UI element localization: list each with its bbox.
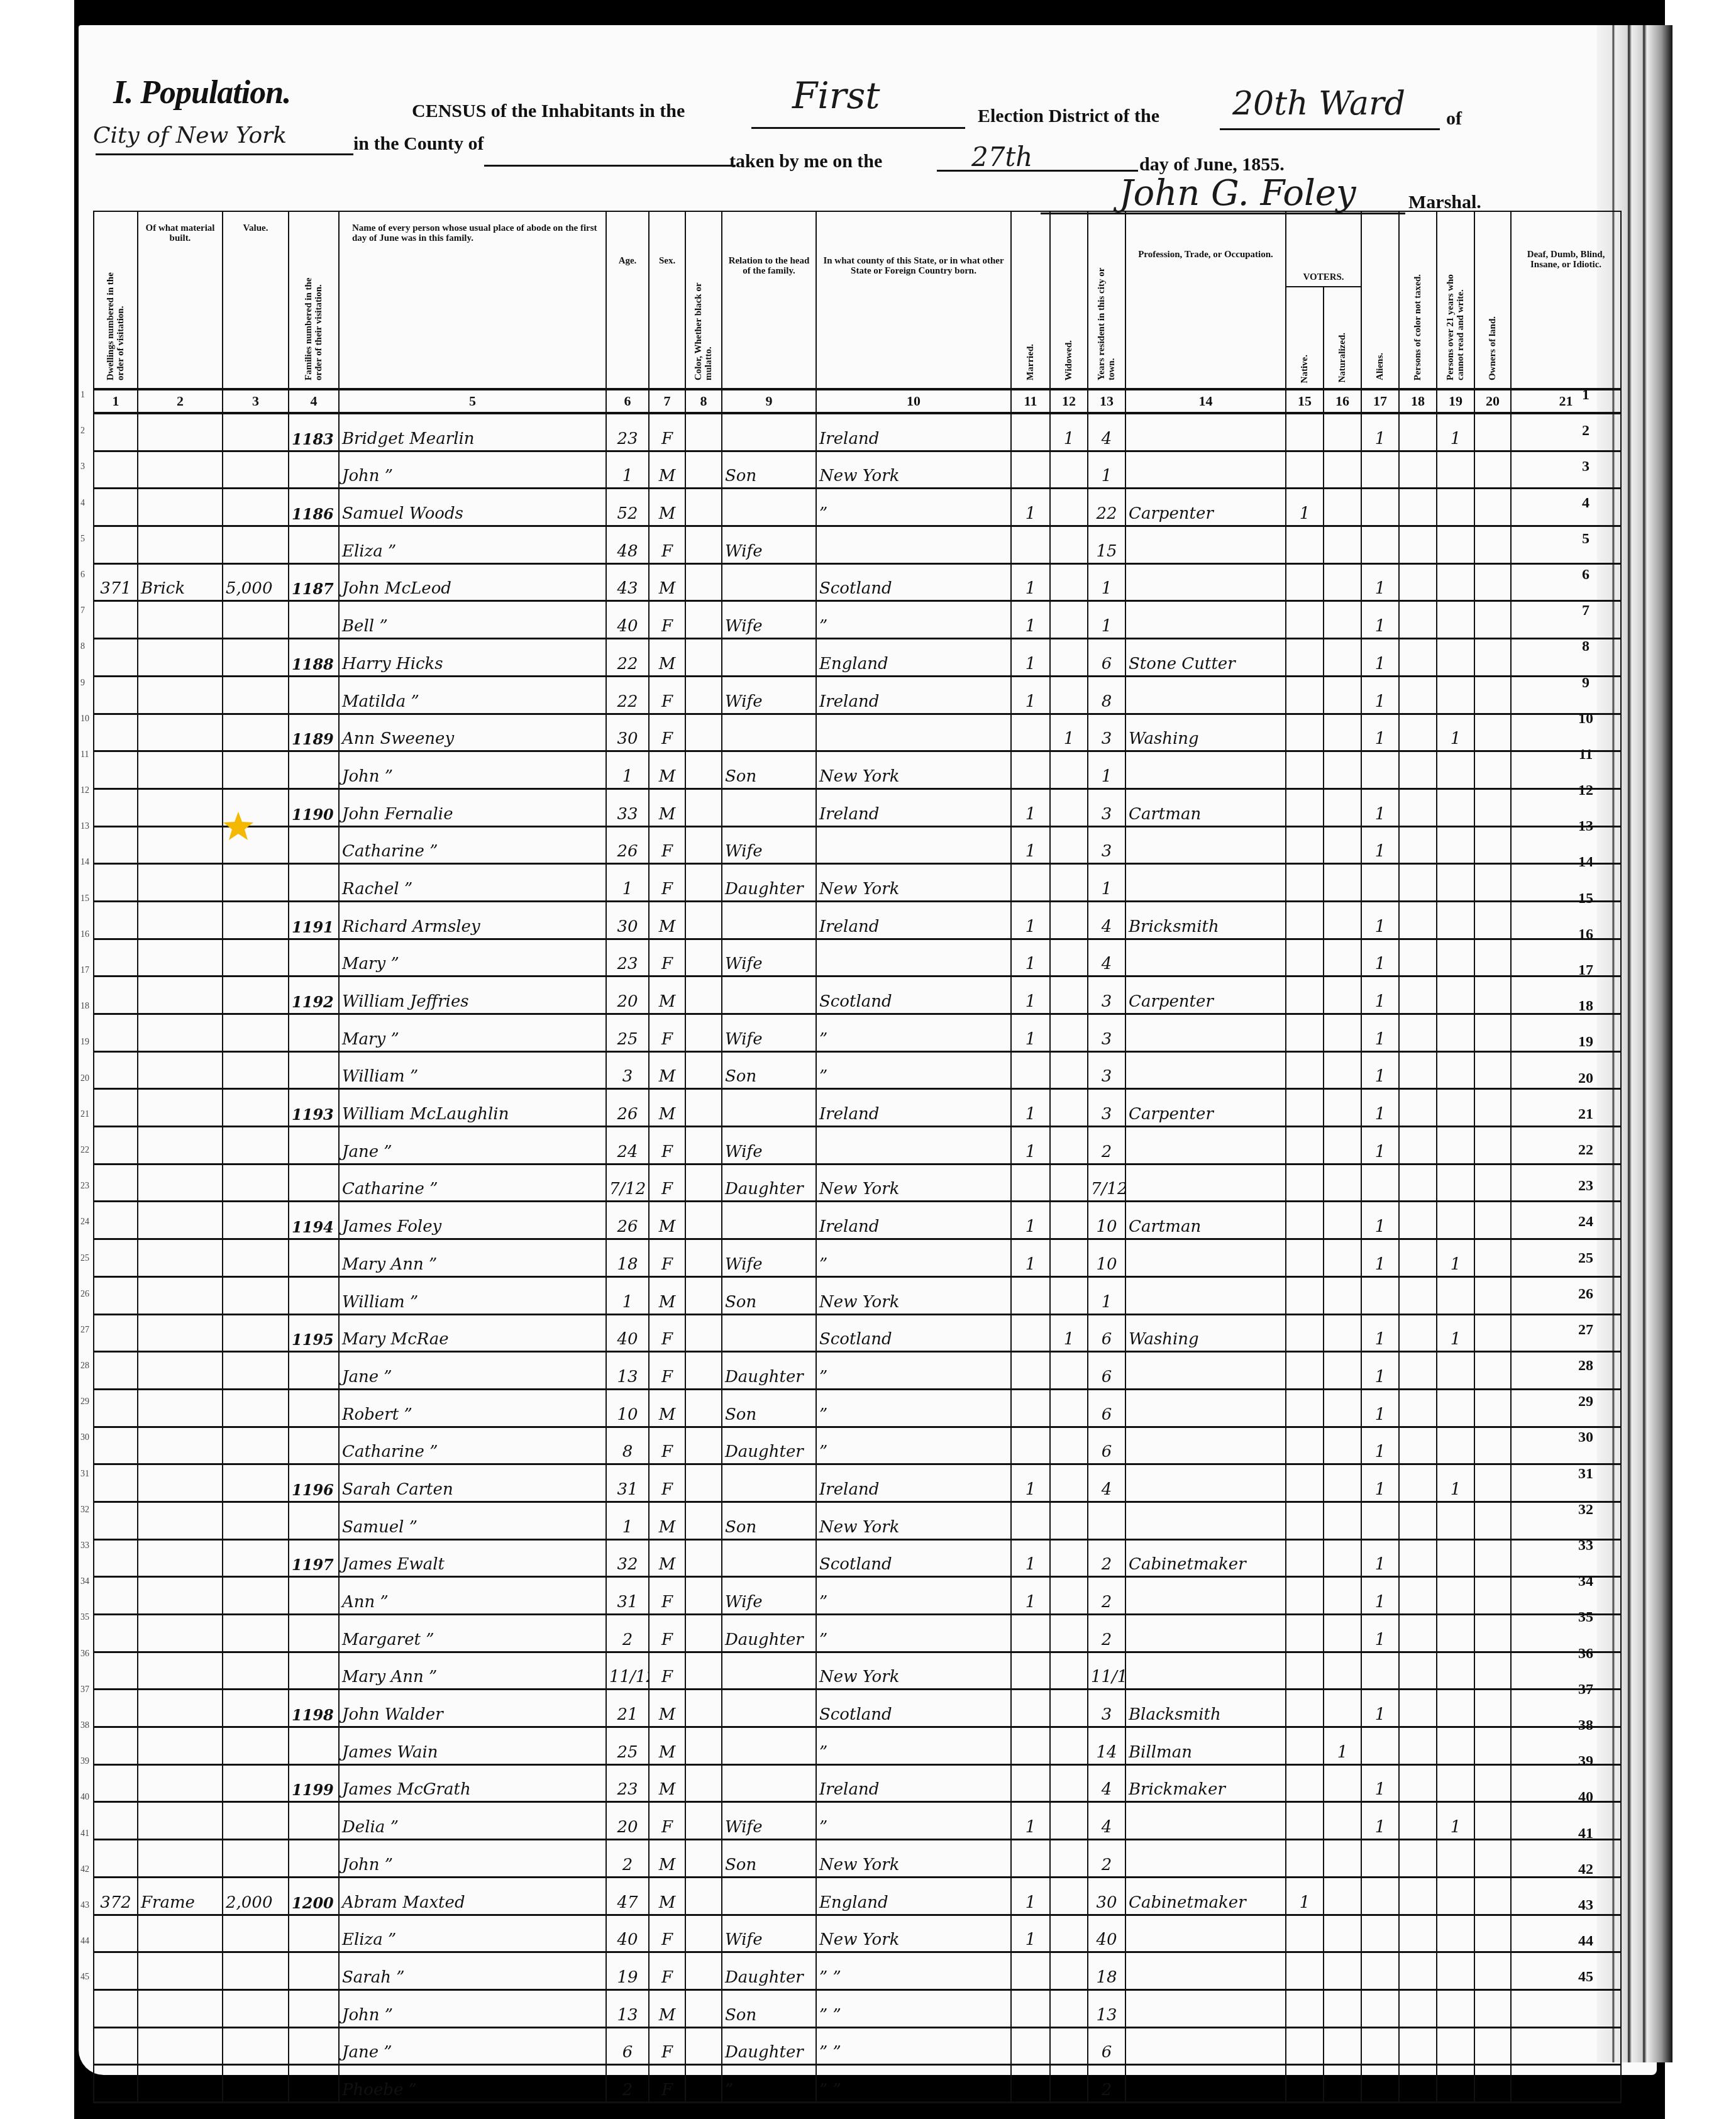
left-line-number: 45 (80, 1959, 93, 1995)
cell-dwelling (94, 1127, 138, 1165)
cell-naturalized (1324, 1202, 1361, 1239)
cell-years-resident: 6 (1088, 2027, 1125, 2065)
cell-native (1286, 751, 1324, 789)
cell-alien: 1 (1361, 601, 1399, 639)
cell-land-owner (1474, 1051, 1511, 1089)
cell-color-not-taxed (1399, 1051, 1437, 1089)
col-header-voters: VOTERS. Native. Naturalized. (1286, 211, 1361, 389)
cell-family-number: 1192 (289, 977, 339, 1014)
cell-widowed (1050, 788, 1088, 826)
col-header-relation: Relation to the head of the family. (722, 211, 816, 389)
line-number: 2 (1567, 413, 1605, 449)
cell-material (138, 526, 223, 564)
line-number: 20 (1567, 1061, 1605, 1097)
cell-value (223, 489, 289, 526)
cell-married: 1 (1011, 1202, 1050, 1239)
marshal-signature: John G. Foley (1119, 173, 1356, 214)
cell-illiterate (1437, 1089, 1474, 1127)
cell-dwelling (94, 601, 138, 639)
cell-land-owner (1474, 451, 1511, 489)
col-number-14: 14 (1125, 389, 1286, 413)
cell-name: John ” (339, 751, 606, 789)
cell-family-number (289, 676, 339, 714)
cell-occupation (1125, 1427, 1286, 1464)
cell-material (138, 1727, 223, 1765)
cell-years-resident: 18 (1088, 1952, 1125, 1990)
table-row: Eliza ”40FWifeNew York140 (94, 1915, 1621, 1952)
cell-naturalized (1324, 639, 1361, 677)
left-line-number: 24 (80, 1204, 93, 1240)
cell-relation (722, 788, 816, 826)
line-number: 45 (1567, 1959, 1605, 1995)
cell-material (138, 2027, 223, 2065)
cell-relation (722, 977, 816, 1014)
cell-occupation (1125, 563, 1286, 601)
cell-family-number (289, 939, 339, 977)
cell-value (223, 1989, 289, 2027)
cell-age: 7/12 (606, 1164, 649, 1202)
line-number: 32 (1567, 1492, 1605, 1528)
table-row: Matilda ”22FWifeIreland181 (94, 676, 1621, 714)
cell-native (1286, 1915, 1324, 1952)
cell-color (685, 1577, 722, 1615)
cell-color-not-taxed (1399, 1314, 1437, 1352)
cell-naturalized (1324, 1989, 1361, 2027)
cell-illiterate (1437, 1764, 1474, 1802)
cell-widowed (1050, 1989, 1088, 2027)
cell-naturalized (1324, 1577, 1361, 1615)
left-line-number: 20 (80, 1061, 93, 1097)
cell-name: Richard Armsley (339, 901, 606, 939)
cell-years-resident: 4 (1088, 1802, 1125, 1840)
cell-years-resident: 7/12 (1088, 1164, 1125, 1202)
cell-age: 40 (606, 1314, 649, 1352)
cell-married (1011, 1389, 1050, 1427)
county-label: in the County of (353, 133, 484, 155)
cell-illiterate (1437, 1690, 1474, 1727)
cell-illiterate (1437, 1840, 1474, 1878)
cell-years-resident: 6 (1088, 639, 1125, 677)
cell-name: John ” (339, 1840, 606, 1878)
col-header-widowed: Widowed. (1050, 211, 1088, 389)
cell-illiterate (1437, 1014, 1474, 1052)
cell-material (138, 1802, 223, 1840)
cell-illiterate (1437, 826, 1474, 864)
cell-age: 26 (606, 1202, 649, 1239)
cell-relation (722, 1652, 816, 1690)
cell-illiterate (1437, 2027, 1474, 2065)
cell-occupation (1125, 1502, 1286, 1539)
table-row: Ann ”31FWife”121 (94, 1577, 1621, 1615)
line-number: 14 (1567, 844, 1605, 880)
cell-color-not-taxed (1399, 526, 1437, 564)
cell-color-not-taxed (1399, 714, 1437, 751)
cell-age: 19 (606, 1952, 649, 1990)
cell-widowed (1050, 901, 1088, 939)
cell-value (223, 1239, 289, 1277)
cell-married: 1 (1011, 563, 1050, 601)
cell-value (223, 1314, 289, 1352)
cell-sex: F (649, 1577, 685, 1615)
cell-color (685, 788, 722, 826)
cell-naturalized (1324, 1840, 1361, 1878)
cell-relation: Daughter (722, 1164, 816, 1202)
cell-alien (1361, 1877, 1399, 1915)
cell-widowed (1050, 1764, 1088, 1802)
cell-native (1286, 1539, 1324, 1577)
cell-sex: F (649, 1915, 685, 1952)
cell-color (685, 714, 722, 751)
left-line-number: 34 (80, 1564, 93, 1600)
cell-alien (1361, 1989, 1399, 2027)
cell-sex: M (649, 977, 685, 1014)
cell-sex: F (649, 1427, 685, 1464)
line-number: 12 (1567, 773, 1605, 809)
cell-widowed (1050, 1690, 1088, 1727)
cell-name: Mary Ann ” (339, 1652, 606, 1690)
cell-married (1011, 1952, 1050, 1990)
cell-sex: F (649, 714, 685, 751)
cell-birthplace: ” (816, 1014, 1011, 1052)
cell-widowed (1050, 1127, 1088, 1165)
cell-family-number (289, 1014, 339, 1052)
cell-years-resident: 13 (1088, 1989, 1125, 2027)
cell-name: Mary McRae (339, 1314, 606, 1352)
cell-widowed (1050, 1502, 1088, 1539)
cell-native (1286, 1577, 1324, 1615)
cell-sex: F (649, 1314, 685, 1352)
cell-illiterate (1437, 451, 1474, 489)
date-suffix: day of June, 1855. (1139, 154, 1285, 175)
cell-birthplace: ” (816, 489, 1011, 526)
left-line-number: 23 (80, 1168, 93, 1204)
cell-land-owner (1474, 601, 1511, 639)
cell-dwelling (94, 1802, 138, 1840)
table-row: Sarah ”19FDaughter” ”18 (94, 1952, 1621, 1990)
cell-relation: Wife (722, 526, 816, 564)
col-number-20: 20 (1474, 389, 1511, 413)
cell-material (138, 413, 223, 451)
cell-sex: M (649, 1276, 685, 1314)
cell-widowed (1050, 1239, 1088, 1277)
table-row: Phoebe ”2F”” ”2 (94, 2065, 1621, 2103)
cell-illiterate: 1 (1437, 1464, 1474, 1502)
cell-value (223, 1802, 289, 1840)
cell-name: Catharine ” (339, 826, 606, 864)
table-row: 1197James Ewalt32MScotland12Cabinetmaker… (94, 1539, 1621, 1577)
left-line-number: 11 (80, 737, 93, 773)
cell-dwelling (94, 676, 138, 714)
taken-by-label: taken by me on the (729, 151, 882, 172)
cell-widowed (1050, 563, 1088, 601)
census-table: Dwellings numbered in the order of visit… (93, 211, 1622, 2103)
cell-illiterate (1437, 1615, 1474, 1652)
left-line-number: 2 (80, 413, 93, 449)
cell-years-resident: 6 (1088, 1389, 1125, 1427)
cell-color (685, 1089, 722, 1127)
line-number: 19 (1567, 1024, 1605, 1060)
cell-occupation: Washing (1125, 1314, 1286, 1352)
col-number-4: 4 (289, 389, 339, 413)
cell-alien (1361, 1502, 1399, 1539)
cell-name: Jane ” (339, 2027, 606, 2065)
cell-color (685, 413, 722, 451)
cell-married: 1 (1011, 901, 1050, 939)
cell-illiterate (1437, 1989, 1474, 2027)
cell-occupation: Stone Cutter (1125, 639, 1286, 677)
cell-age: 22 (606, 639, 649, 677)
cell-married (1011, 864, 1050, 902)
cell-age: 47 (606, 1877, 649, 1915)
cell-married (1011, 2027, 1050, 2065)
cell-color (685, 1464, 722, 1502)
cell-married: 1 (1011, 939, 1050, 977)
cell-value (223, 1014, 289, 1052)
cell-land-owner (1474, 1915, 1511, 1952)
cell-alien: 1 (1361, 1427, 1399, 1464)
col-number-1: 1 (94, 389, 138, 413)
cell-birthplace: ” ” (816, 2027, 1011, 2065)
line-number: 44 (1567, 1923, 1605, 1959)
col-header-years-resident: Years resident in this city or town. (1088, 211, 1125, 389)
cell-family-number: 1197 (289, 1539, 339, 1577)
cell-naturalized (1324, 1877, 1361, 1915)
cell-occupation: Billman (1125, 1727, 1286, 1765)
cell-sex: F (649, 1652, 685, 1690)
cell-alien (1361, 526, 1399, 564)
table-row: Catharine ”8FDaughter”61 (94, 1427, 1621, 1464)
cell-native (1286, 1764, 1324, 1802)
cell-land-owner (1474, 1652, 1511, 1690)
cell-value (223, 1615, 289, 1652)
cell-illiterate (1437, 751, 1474, 789)
cell-dwelling (94, 1690, 138, 1727)
cell-relation: Son (722, 1989, 816, 2027)
cell-value (223, 2065, 289, 2103)
cell-family-number: 1190 (289, 788, 339, 826)
cell-years-resident: 2 (1088, 1127, 1125, 1165)
table-row: Catharine ”26FWife131 (94, 826, 1621, 864)
cell-color-not-taxed (1399, 826, 1437, 864)
cell-illiterate (1437, 601, 1474, 639)
cell-value (223, 1352, 289, 1390)
cell-alien: 1 (1361, 714, 1399, 751)
cell-family-number: 1196 (289, 1464, 339, 1502)
cell-widowed (1050, 1051, 1088, 1089)
cell-alien: 1 (1361, 1464, 1399, 1502)
cell-native (1286, 1352, 1324, 1390)
line-number: 8 (1567, 629, 1605, 665)
cell-dwelling (94, 451, 138, 489)
cell-relation (722, 901, 816, 939)
cell-dwelling (94, 1652, 138, 1690)
left-line-number: 38 (80, 1708, 93, 1744)
day-fill-line (937, 170, 1138, 172)
col-header-land-owners: Owners of land. (1474, 211, 1511, 389)
line-number: 35 (1567, 1600, 1605, 1635)
cell-widowed (1050, 1014, 1088, 1052)
cell-age: 30 (606, 714, 649, 751)
cell-sex: M (649, 1877, 685, 1915)
cell-value (223, 1727, 289, 1765)
cell-alien: 1 (1361, 639, 1399, 677)
cell-occupation (1125, 526, 1286, 564)
cell-material (138, 1652, 223, 1690)
table-row: 371Brick5,0001187John McLeod43MScotland1… (94, 563, 1621, 601)
table-row: 372Frame2,0001200Abram Maxted47MEngland1… (94, 1877, 1621, 1915)
cell-married: 1 (1011, 601, 1050, 639)
cell-value (223, 901, 289, 939)
table-row: 1192William Jeffries20MScotland13Carpent… (94, 977, 1621, 1014)
cell-name: John Fernalie (339, 788, 606, 826)
cell-naturalized (1324, 601, 1361, 639)
cell-sex: M (649, 1502, 685, 1539)
cell-material (138, 639, 223, 677)
cell-alien: 1 (1361, 1202, 1399, 1239)
line-number: 24 (1567, 1204, 1605, 1240)
table-row: John ”1MSonNew York1 (94, 751, 1621, 789)
cell-family-number (289, 1727, 339, 1765)
cell-color (685, 1615, 722, 1652)
cell-family-number (289, 1502, 339, 1539)
cell-name: Sarah Carten (339, 1464, 606, 1502)
cell-name: Mary ” (339, 939, 606, 977)
ward-fill-line (1220, 128, 1440, 130)
cell-color (685, 864, 722, 902)
cell-material (138, 1615, 223, 1652)
col-number-19: 19 (1437, 389, 1474, 413)
cell-color (685, 1652, 722, 1690)
cell-family-number: 1188 (289, 639, 339, 677)
cell-illiterate (1437, 901, 1474, 939)
cell-name: Rachel ” (339, 864, 606, 902)
cell-material (138, 826, 223, 864)
cell-birthplace: ” (816, 1577, 1011, 1615)
cell-naturalized (1324, 751, 1361, 789)
cell-value (223, 1051, 289, 1089)
cell-material (138, 1989, 223, 2027)
column-labels-row: Dwellings numbered in the order of visit… (94, 211, 1621, 389)
cell-occupation (1125, 1276, 1286, 1314)
cell-age: 21 (606, 1690, 649, 1727)
cell-birthplace (816, 714, 1011, 751)
cell-relation (722, 413, 816, 451)
cell-material (138, 714, 223, 751)
cell-years-resident: 1 (1088, 864, 1125, 902)
cell-color-not-taxed (1399, 1652, 1437, 1690)
cell-alien: 1 (1361, 1239, 1399, 1277)
cell-age: 23 (606, 939, 649, 977)
cell-name: Samuel ” (339, 1502, 606, 1539)
cell-material (138, 1764, 223, 1802)
col-header-color: Color, Whether black or mulatto. (685, 211, 722, 389)
line-number: 1 (1567, 377, 1605, 413)
cell-birthplace: Scotland (816, 1314, 1011, 1352)
cell-material (138, 864, 223, 902)
left-line-number: 3 (80, 449, 93, 485)
cell-naturalized (1324, 489, 1361, 526)
cell-age: 22 (606, 676, 649, 714)
left-line-number: 21 (80, 1097, 93, 1132)
cell-color (685, 1164, 722, 1202)
cell-native (1286, 1652, 1324, 1690)
cell-naturalized (1324, 413, 1361, 451)
cell-land-owner (1474, 901, 1511, 939)
cell-native (1286, 1314, 1324, 1352)
cell-widowed (1050, 1276, 1088, 1314)
cell-occupation: Washing (1125, 714, 1286, 751)
cell-color (685, 676, 722, 714)
cell-color-not-taxed (1399, 1764, 1437, 1802)
cell-alien: 1 (1361, 676, 1399, 714)
cell-color (685, 1352, 722, 1390)
table-row: William ”1MSonNew York1 (94, 1276, 1621, 1314)
left-line-number: 37 (80, 1672, 93, 1708)
cell-years-resident: 3 (1088, 1690, 1125, 1727)
left-line-number: 32 (80, 1492, 93, 1528)
cell-birthplace: Ireland (816, 788, 1011, 826)
cell-family-number (289, 1276, 339, 1314)
cell-family-number (289, 1577, 339, 1615)
cell-married (1011, 1690, 1050, 1727)
cell-naturalized (1324, 939, 1361, 977)
cell-widowed (1050, 1615, 1088, 1652)
cell-age: 2 (606, 1615, 649, 1652)
table-row: 1193William McLaughlin26MIreland13Carpen… (94, 1089, 1621, 1127)
col-header-occupation: Profession, Trade, or Occupation. (1125, 211, 1286, 389)
cell-dwelling (94, 413, 138, 451)
cell-alien (1361, 451, 1399, 489)
cell-name: Robert ” (339, 1389, 606, 1427)
cell-name: Harry Hicks (339, 639, 606, 677)
col-header-aliens: Aliens. (1361, 211, 1399, 389)
cell-relation: Wife (722, 601, 816, 639)
cell-alien: 1 (1361, 1764, 1399, 1802)
cell-illiterate (1437, 526, 1474, 564)
cell-alien (1361, 751, 1399, 789)
cell-name: William McLaughlin (339, 1089, 606, 1127)
cell-naturalized (1324, 1615, 1361, 1652)
cell-material (138, 939, 223, 977)
cell-married (1011, 451, 1050, 489)
cell-color-not-taxed (1399, 1539, 1437, 1577)
line-number: 25 (1567, 1241, 1605, 1276)
col-header-disabled: Deaf, Dumb, Blind, Insane, or Idiotic. (1511, 211, 1621, 389)
cell-age: 52 (606, 489, 649, 526)
cell-sex: F (649, 864, 685, 902)
cell-illiterate (1437, 1577, 1474, 1615)
cell-naturalized (1324, 1164, 1361, 1202)
cell-age: 40 (606, 1915, 649, 1952)
cell-birthplace (816, 939, 1011, 977)
cell-years-resident: 6 (1088, 1314, 1125, 1352)
cell-value (223, 1952, 289, 1990)
cell-native (1286, 451, 1324, 489)
cell-sex: F (649, 1352, 685, 1390)
left-line-number: 43 (80, 1888, 93, 1923)
line-number: 26 (1567, 1276, 1605, 1312)
col-number-5: 5 (339, 389, 606, 413)
cell-material (138, 1051, 223, 1089)
line-number: 9 (1567, 665, 1605, 701)
cell-widowed (1050, 2027, 1088, 2065)
cell-widowed: 1 (1050, 413, 1088, 451)
cell-age: 31 (606, 1577, 649, 1615)
cell-occupation: Bricksmith (1125, 901, 1286, 939)
left-line-number: 19 (80, 1024, 93, 1060)
cell-color (685, 977, 722, 1014)
cell-color (685, 939, 722, 977)
